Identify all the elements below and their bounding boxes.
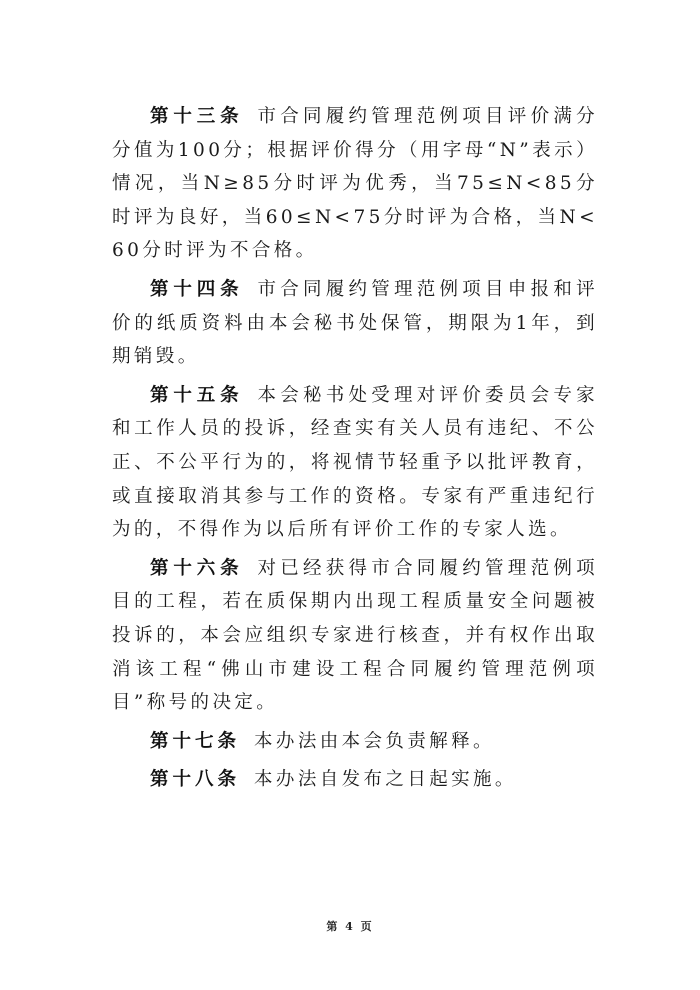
page-number-footer: 第 4 页 — [0, 918, 700, 934]
article-number: 第十八条 — [150, 769, 240, 790]
document-page: 第十三条市合同履约管理范例项目评价满分分值为100分；根据评价得分（用字母“N”… — [112, 100, 598, 802]
article-13: 第十三条市合同履约管理范例项目评价满分分值为100分；根据评价得分（用字母“N”… — [112, 100, 598, 268]
article-number: 第十四条 — [150, 279, 243, 300]
article-number: 第十五条 — [150, 385, 243, 406]
article-text: 市合同履约管理范例项目评价满分分值为100分；根据评价得分（用字母“N”表示）情… — [112, 106, 598, 261]
article-17: 第十七条本办法由本会负责解释。 — [112, 725, 598, 759]
article-number: 第十七条 — [150, 731, 240, 752]
article-18: 第十八条本办法自发布之日起实施。 — [112, 763, 598, 797]
article-text: 对已经获得市合同履约管理范例项目的工程，若在质保期内出现工程质量安全问题被投诉的… — [112, 558, 598, 713]
article-text: 本办法由本会负责解释。 — [254, 731, 495, 752]
article-14: 第十四条市合同履约管理范例项目申报和评价的纸质资料由本会秘书处保管，期限为1年，… — [112, 273, 598, 374]
article-16: 第十六条对已经获得市合同履约管理范例项目的工程，若在质保期内出现工程质量安全问题… — [112, 552, 598, 720]
article-15: 第十五条本会秘书处受理对评价委员会专家和工作人员的投诉，经查实有关人员有违纪、不… — [112, 379, 598, 547]
article-text: 本会秘书处受理对评价委员会专家和工作人员的投诉，经查实有关人员有违纪、不公正、不… — [112, 385, 598, 540]
article-number: 第十六条 — [150, 558, 243, 579]
article-text: 本办法自发布之日起实施。 — [254, 769, 517, 790]
article-number: 第十三条 — [150, 106, 243, 127]
